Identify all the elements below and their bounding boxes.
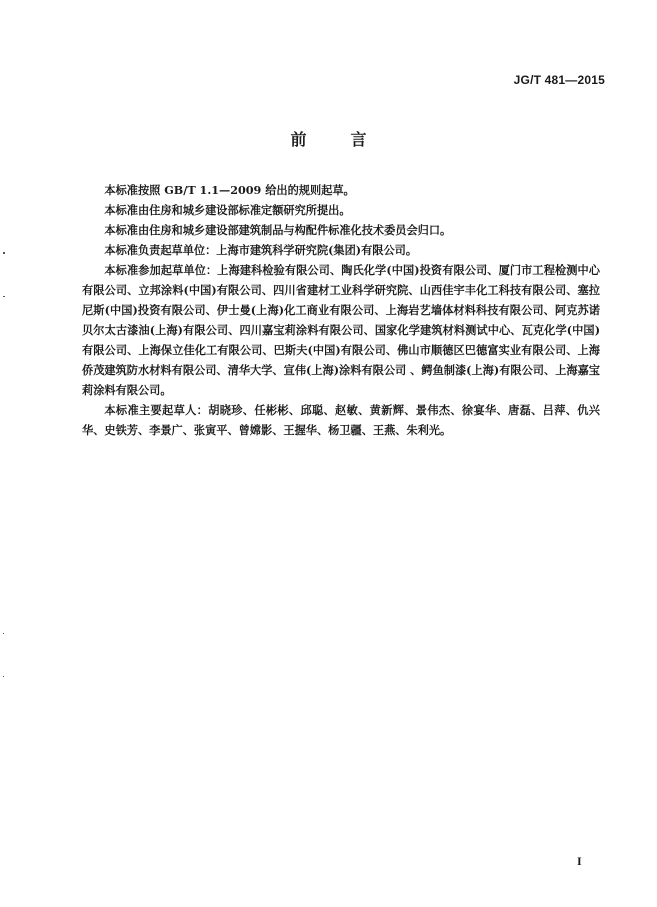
paragraph-lead-drafter: 本标准负责起草单位：上海市建筑科学研究院(集团)有限公司。 <box>82 240 600 260</box>
scan-mark <box>3 252 5 254</box>
document-code: JG/T 481—2015 <box>514 73 605 87</box>
title-char: 言 <box>351 127 367 150</box>
paragraph-drafting-rules: 本标准按照 GB/T 1.1—2009 给出的规则起草。 <box>82 180 600 200</box>
paragraph-main-drafters: 本标准主要起草人：胡晓珍、任彬彬、邱聪、赵敏、黄新辉、景伟杰、徐宴华、唐磊、吕萍… <box>82 400 600 440</box>
scan-mark <box>3 676 4 677</box>
page-title: 前言 <box>0 127 657 150</box>
paragraph-participating-units: 本标准参加起草单位：上海建科检验有限公司、陶氏化学(中国)投资有限公司、厦门市工… <box>82 260 600 400</box>
foreword-body: 本标准按照 GB/T 1.1—2009 给出的规则起草。 本标准由住房和城乡建设… <box>82 180 600 440</box>
scan-mark <box>3 296 5 297</box>
paragraph-centralized-by: 本标准由住房和城乡建设部建筑制品与构配件标准化技术委员会归口。 <box>82 220 600 240</box>
title-char: 前 <box>290 127 306 150</box>
page-number: I <box>577 854 582 869</box>
paragraph-proposer: 本标准由住房和城乡建设部标准定额研究所提出。 <box>82 200 600 220</box>
scan-mark <box>3 633 4 634</box>
